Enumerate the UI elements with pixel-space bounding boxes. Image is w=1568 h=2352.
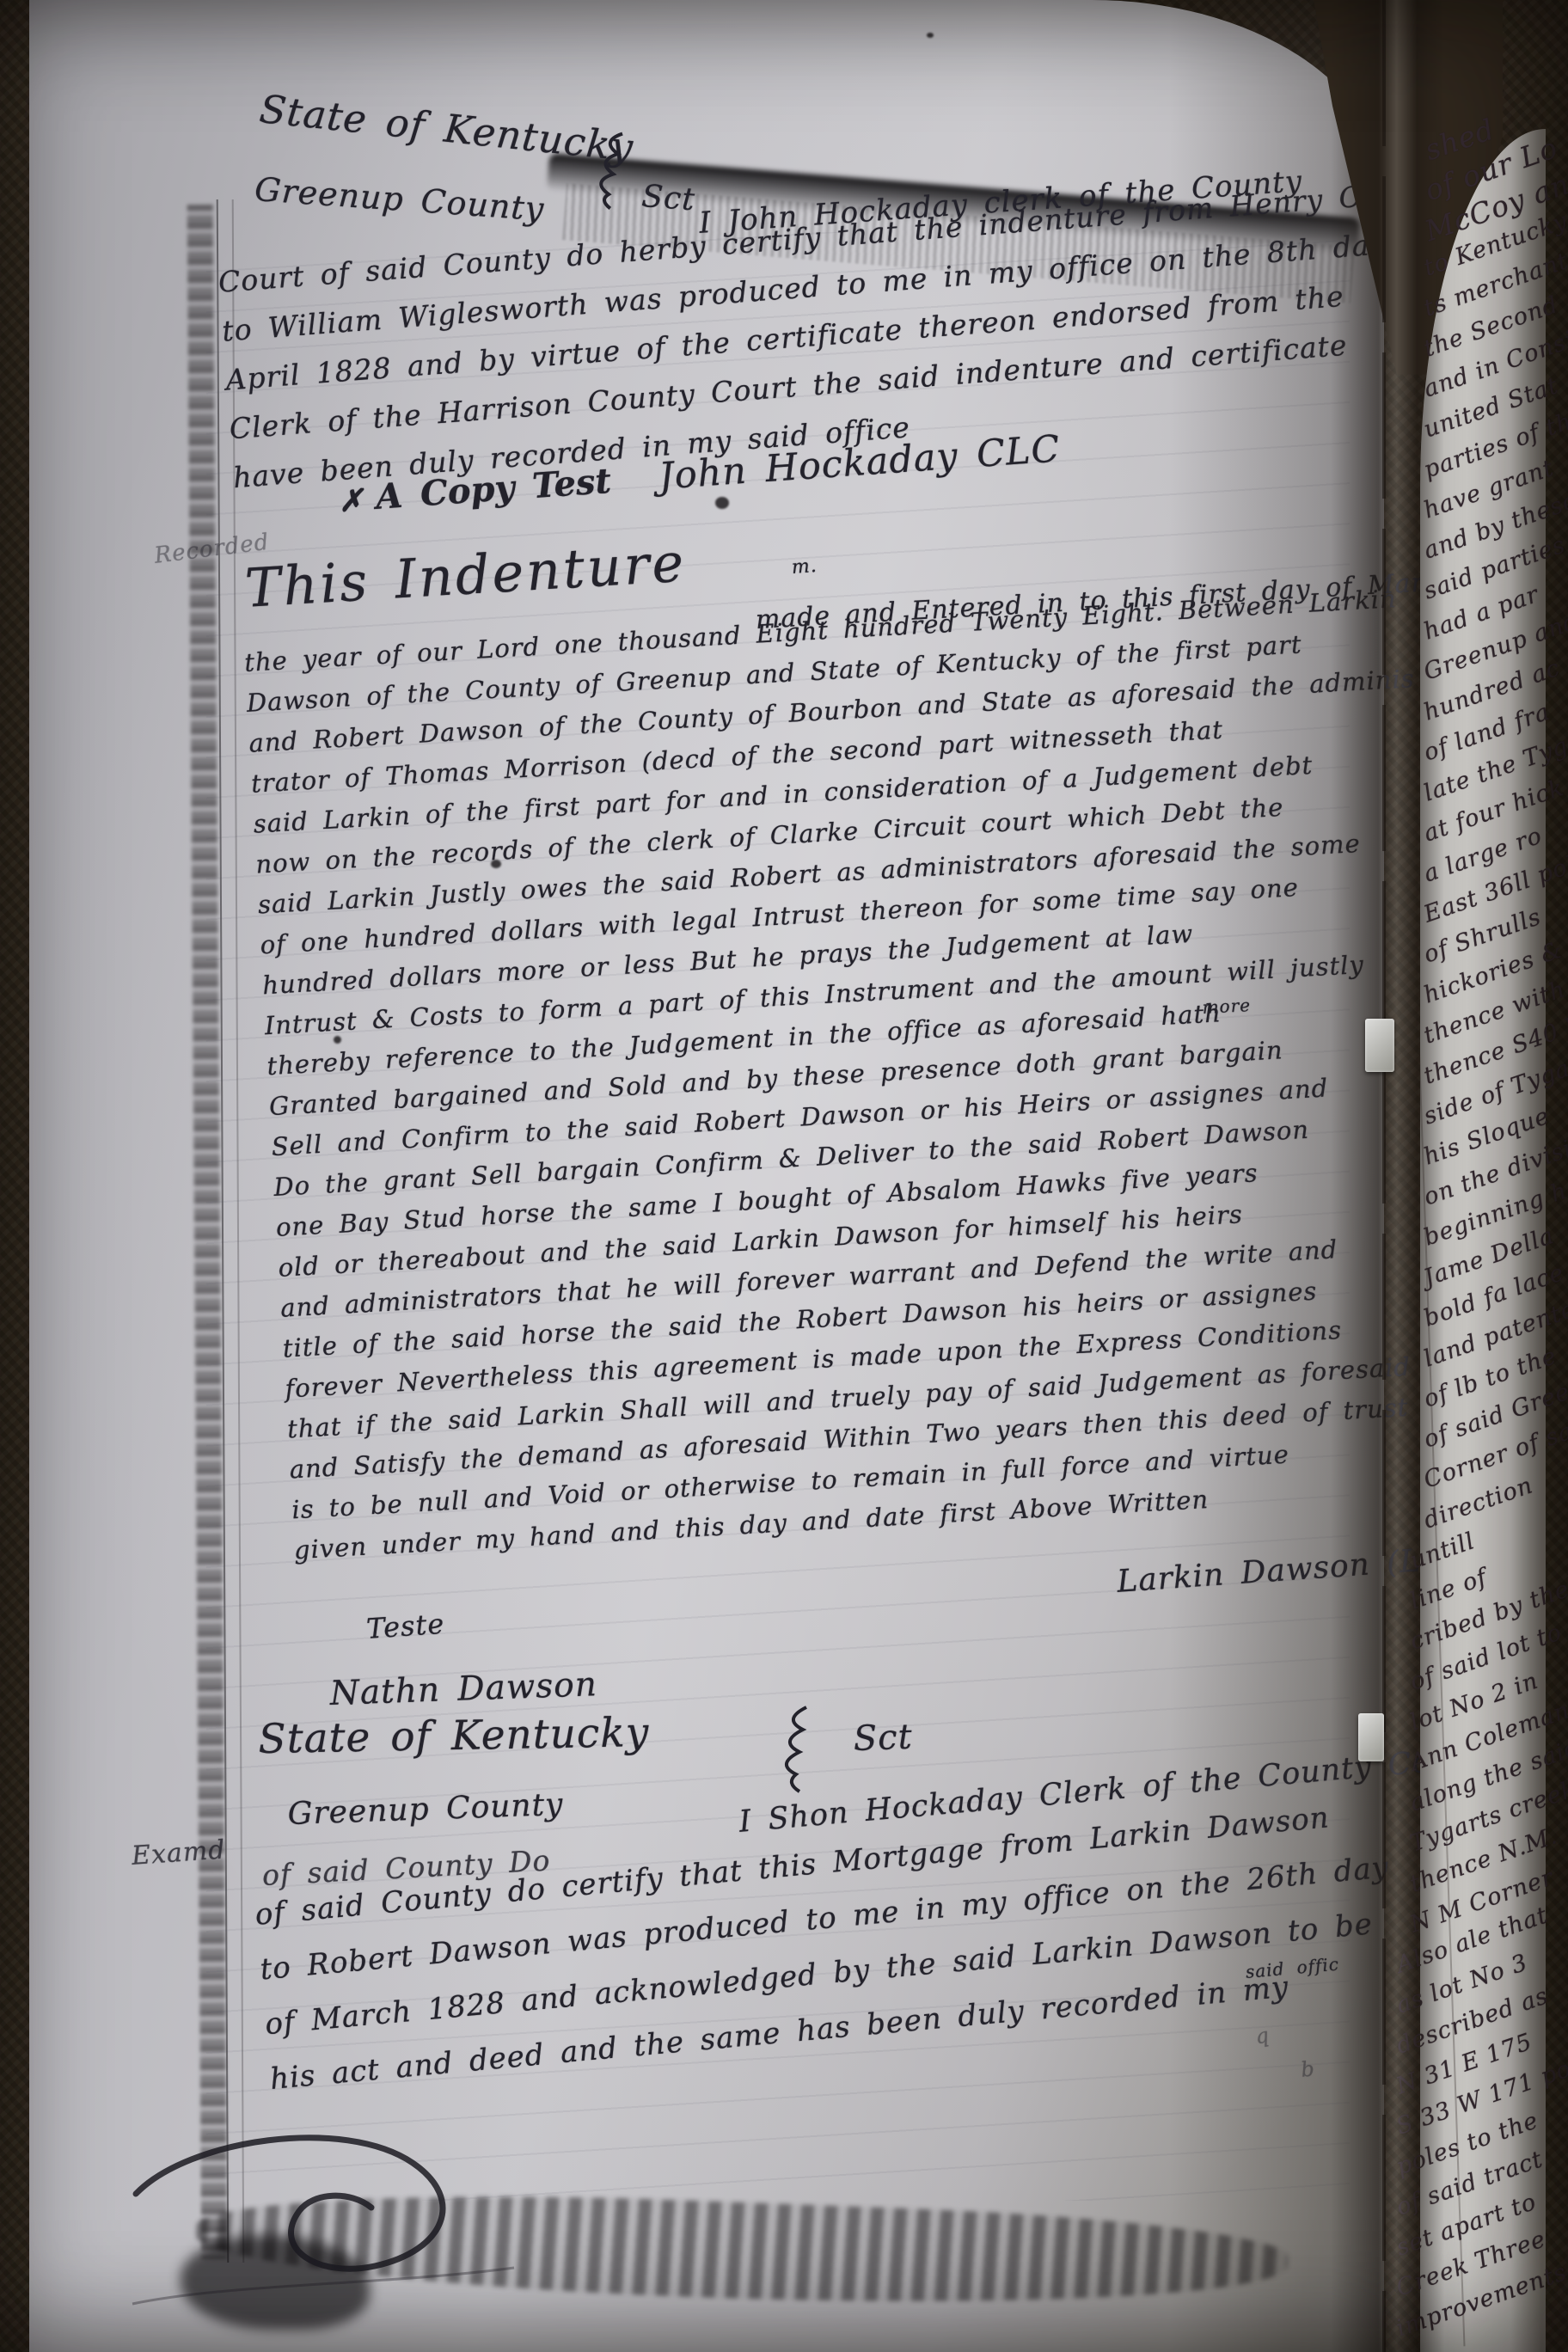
heading2-state: State of Kentucky [258, 1709, 650, 1763]
heading-sct: Sct [640, 179, 696, 217]
brace-squiggle-icon [775, 1704, 820, 1798]
page-clip-top [1365, 1019, 1394, 1072]
page-clip-bottom [1358, 1713, 1384, 1761]
gutter-crease [1382, 0, 1386, 2352]
heading2-sct: Sct [853, 1718, 913, 1759]
teste-label: Teste [365, 1608, 445, 1645]
gutter-shadow [1331, 0, 1444, 2352]
photograph-of-record-book: State of Kentucky Greenup County Sct I J… [0, 0, 1568, 2352]
book-left-edge [0, 0, 52, 2352]
right-page-text-column: shedof our LoMcCoy andto Kentuckyts merc… [1427, 134, 1565, 2352]
ink-blot [715, 497, 729, 509]
pen-cross-mark: ✗ [338, 483, 365, 519]
pen-flourish [129, 2080, 524, 2321]
ink-speck [927, 33, 934, 38]
attestation-note: m. [791, 555, 818, 579]
